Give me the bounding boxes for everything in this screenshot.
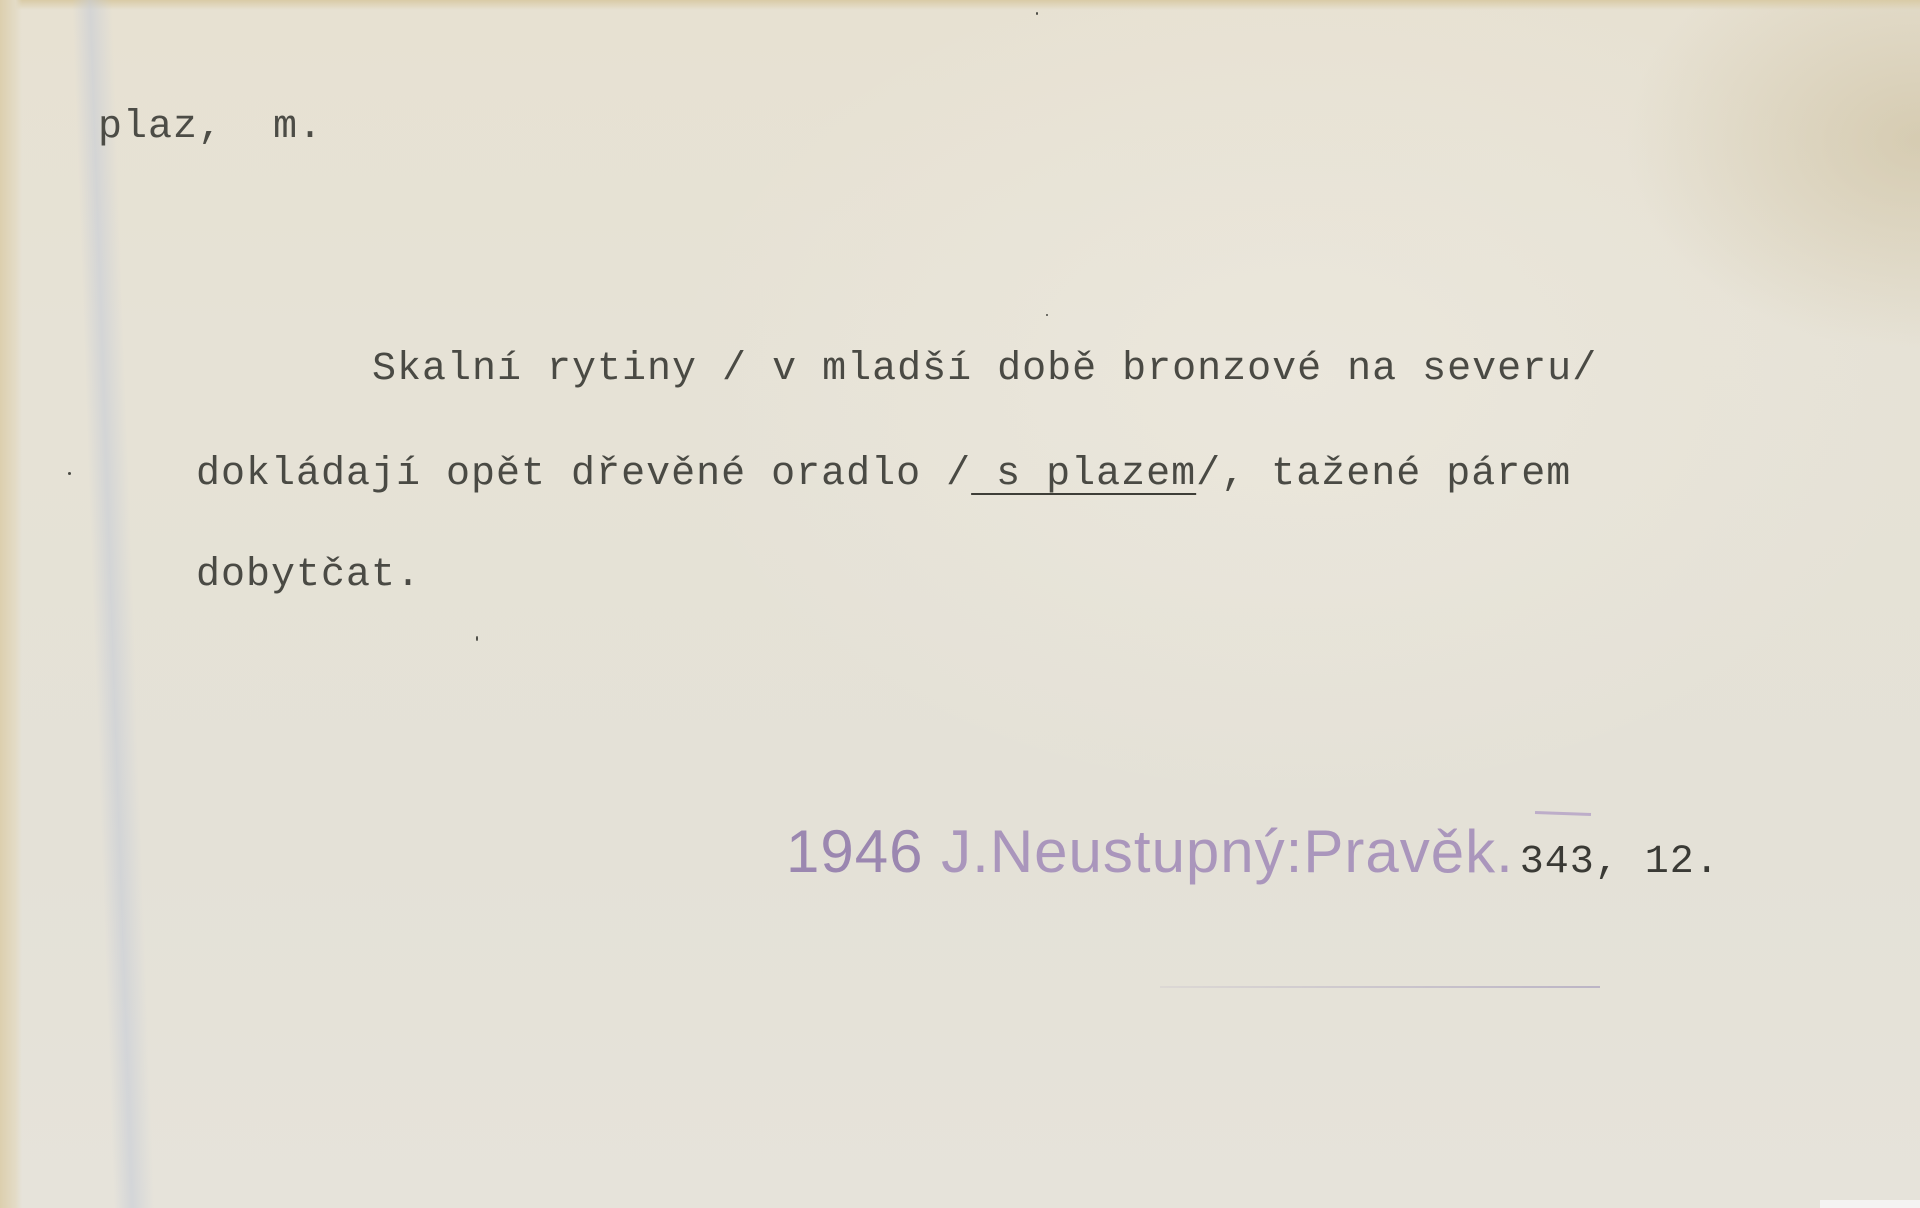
- body-line-2-start: dokládají opět dřevěné oradlo /: [196, 452, 971, 497]
- paper-top-edge: [0, 0, 1920, 10]
- ink-speck: [1046, 314, 1048, 316]
- body-line-3: dobytčat.: [196, 556, 421, 596]
- ink-speck: [68, 472, 71, 475]
- stamp-mark: [1535, 811, 1591, 816]
- underlined-phrase: s plazem: [971, 452, 1196, 497]
- index-card: plaz, m. Skalní rytiny / v mladší době b…: [0, 0, 1920, 1208]
- source-stamp-year: 1946: [786, 818, 923, 885]
- body-line-2-end: /, tažené párem: [1196, 452, 1571, 497]
- ink-speck: [1036, 12, 1038, 15]
- citation: 1946 J.Neustupný:Pravěk.343, 12.: [786, 822, 1720, 883]
- ink-speck: [476, 636, 478, 641]
- page-reference: 343, 12.: [1520, 840, 1720, 885]
- body-line-2: dokládají opět dřevěné oradlo / s plazem…: [196, 455, 1571, 495]
- paper-left-edge: [0, 0, 22, 1208]
- source-stamp: J.Neustupný:Pravěk.: [923, 818, 1513, 885]
- scan-corner: [1820, 1200, 1920, 1208]
- margin-rule: [72, 0, 154, 1208]
- headword: plaz, m.: [98, 108, 323, 148]
- faint-ink-line: [1160, 986, 1600, 988]
- body-line-1: Skalní rytiny / v mladší době bronzové n…: [372, 350, 1597, 390]
